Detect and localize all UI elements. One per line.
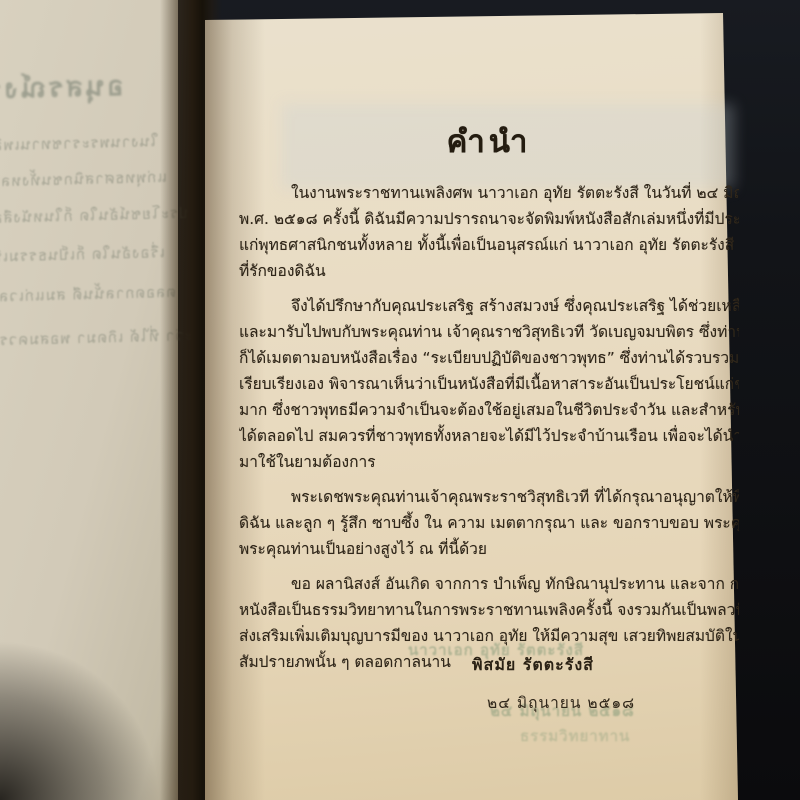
show-through-line: ในงานพระราชทานเพลิงศพนั้น xyxy=(0,129,159,159)
show-through-header: อนุสรณ์งาน xyxy=(0,64,124,111)
body-line: ดิฉัน และลูก ๆ รู้สึก ซาบซึ้ง ใน ความ เม… xyxy=(239,510,739,536)
signature-name: พิสมัย รัตตะรังสี xyxy=(472,653,594,678)
book-photo: อนุสรณ์งาน ในงานพระราชทานเพลิงศพนั้น แก่… xyxy=(0,0,800,800)
body-line: ขอ ผลานิสงส์ อันเกิด จากการ บำเพ็ญ ทักษิ… xyxy=(239,571,739,597)
body-line: จึงได้ปรึกษากับคุณประเสริฐ สร้างสมวงษ์ ซ… xyxy=(239,293,739,319)
body-line: ที่รักของดิฉัน xyxy=(239,258,739,284)
preface-title: คำนำ xyxy=(239,116,739,166)
show-through-line: แก่พุทธศาสนิกชนทั้งหลาย ๆ ดังนี้ xyxy=(0,165,167,195)
page-corner-shadow xyxy=(0,640,160,800)
body-line: ได้ตลอดไป สมควรที่ชาวพุทธทั้งหลายจะได้มี… xyxy=(239,423,739,449)
paragraph-1: ในงานพระราชทานเพลิงศพ นาวาเอก อุทัย รัตต… xyxy=(239,180,739,284)
show-through-line: เรื่องอันใด ก็เป็นธรรมเนียมไว้ xyxy=(0,240,165,270)
body-line: พระคุณท่านเป็นอย่างสูงไว้ ณ ที่นี้ด้วย xyxy=(239,536,739,562)
body-line: แก่พุทธศาสนิกชนทั้งหลาย ทั้งนี้เพื่อเป็น… xyxy=(239,232,739,258)
body-line: ในงานพระราชทานเพลิงศพ นาวาเอก อุทัย รัตต… xyxy=(239,180,739,206)
body-line: มาก ซึ่งชาวพุทธมีความจำเป็นจะต้องใช้อยู่… xyxy=(239,397,739,423)
paragraph-3: พระเดชพระคุณท่านเจ้าคุณพระราชวิสุทธิเวที… xyxy=(239,484,739,562)
body-line: พระเดชพระคุณท่านเจ้าคุณพระราชวิสุทธิเวที… xyxy=(239,484,739,510)
signature-date: ๒๔ มิถุนายน ๒๕๑๘ xyxy=(487,690,635,715)
paragraph-2: จึงได้ปรึกษากับคุณประเสริฐ สร้างสมวงษ์ ซ… xyxy=(239,293,739,475)
body-line: หนังสือเป็นธรรมวิทยาทานในการพระราชทานเพล… xyxy=(239,597,739,623)
body-line: พ.ศ. ๒๕๑๘ ครั้งนี้ ดิฉันมีความปรารถนาจะจ… xyxy=(239,206,739,232)
body-line: ก็ได้เมตตามอบหนังสือเรื่อง “ระเบียบปฏิบั… xyxy=(239,345,739,371)
show-through-green-line: ธรรมวิทยาทาน xyxy=(520,724,630,748)
preface-content: คำนำ ในงานพระราชทานเพลิงศพ นาวาเอก อุทัย… xyxy=(239,116,739,684)
left-page: อนุสรณ์งาน ในงานพระราชทานเพลิงศพนั้น แก่… xyxy=(0,0,178,800)
body-line: และมารับไปพบกับพระคุณท่าน เจ้าคุณราชวิสุ… xyxy=(239,319,739,345)
show-through-line: ตลอดกาลนั้นดี สมแก่เวลาอันควร xyxy=(0,280,176,310)
body-line: เรียบเรียงเอง พิจารณาเห็นว่าเป็นหนังสือท… xyxy=(239,371,739,397)
body-line: มาใช้ในยามต้องการ xyxy=(239,449,739,475)
